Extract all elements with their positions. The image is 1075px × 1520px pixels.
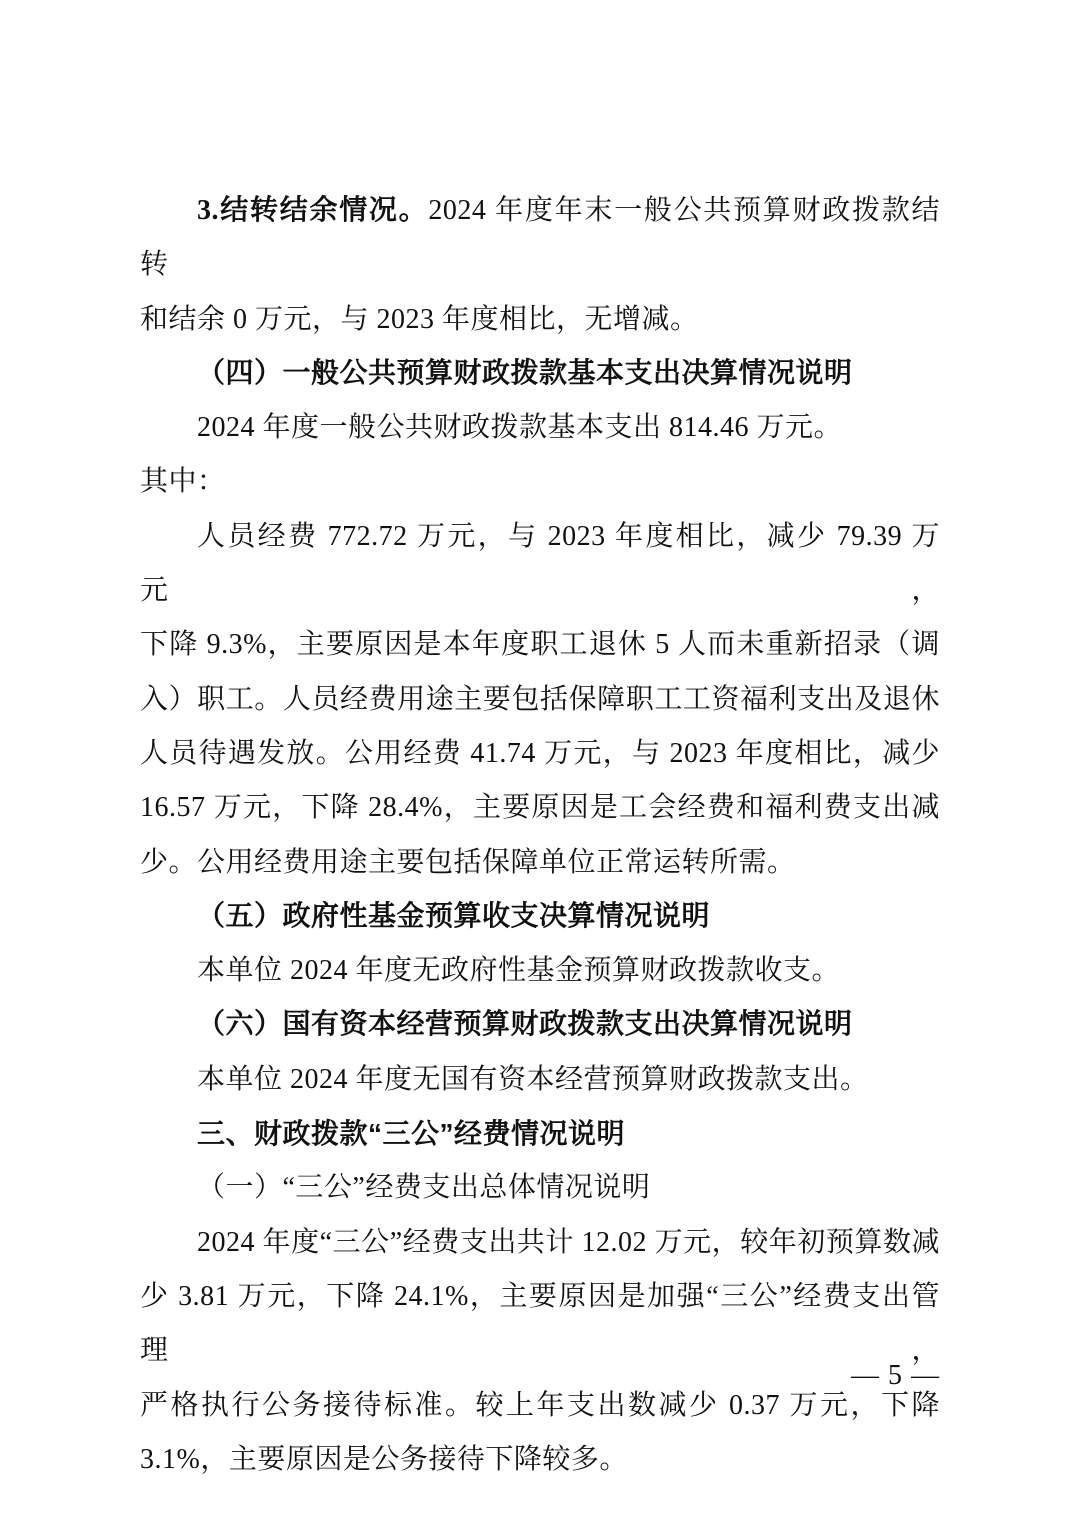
heading-section-5: （五）政府性基金预算收支决算情况说明: [140, 890, 940, 944]
para-carryover-line-2: 和结余 0 万元，与 2023 年度相比，无增减。: [140, 293, 940, 347]
para-basic-expenditure-line-2: 其中：: [140, 455, 940, 509]
para-personnel-line-6: 少。公用经费用途主要包括保障单位正常运转所需。: [140, 836, 940, 890]
para-personnel-line-5: 16.57 万元，下降 28.4%，主要原因是工会经费和福利费支出减: [140, 781, 940, 835]
para-three-public-line-1: 2024 年度“三公”经费支出共计 12.02 万元，较年初预算数减: [140, 1216, 940, 1270]
para-personnel-line-1: 人员经费 772.72 万元，与 2023 年度相比，减少 79.39 万元，: [140, 510, 940, 619]
heading-section-6: （六）国有资本经营预算财政拨款支出决算情况说明: [140, 998, 940, 1052]
para-three-public-line-3: 严格执行公务接待标准。较上年支出数减少 0.37 万元，下降: [140, 1379, 940, 1433]
para-state-capital: 本单位 2024 年度无国有资本经营预算财政拨款支出。: [140, 1053, 940, 1107]
heading-section-4: （四）一般公共预算财政拨款基本支出决算情况说明: [140, 347, 940, 401]
heading-three-public: 三、财政拨款“三公”经费情况说明: [140, 1107, 940, 1161]
para-personnel-line-4: 人员待遇发放。公用经费 41.74 万元，与 2023 年度相比，减少: [140, 727, 940, 781]
document-body: 3.结转结余情况。2024 年度年末一般公共预算财政拨款结转 和结余 0 万元，…: [140, 184, 940, 1487]
para-personnel-line-2: 下降 9.3%，主要原因是本年度职工退休 5 人而未重新招录（调: [140, 618, 940, 672]
para-three-public-line-2: 少 3.81 万元，下降 24.1%，主要原因是加强“三公”经费支出管理，: [140, 1270, 940, 1379]
para-gov-fund: 本单位 2024 年度无政府性基金预算财政拨款收支。: [140, 944, 940, 998]
para-carryover-line-1: 3.结转结余情况。2024 年度年末一般公共预算财政拨款结转: [140, 184, 940, 293]
para-three-public-line-4: 3.1%，主要原因是公务接待下降较多。: [140, 1433, 940, 1487]
heading-three-public-sub: （一）“三公”经费支出总体情况说明: [140, 1161, 940, 1215]
page-number: — 5 —: [851, 1356, 940, 1396]
document-page: 3.结转结余情况。2024 年度年末一般公共预算财政拨款结转 和结余 0 万元，…: [0, 0, 1075, 1520]
carryover-heading-run: 3.结转结余情况。: [197, 195, 428, 226]
para-basic-expenditure-line-1: 2024 年度一般公共财政拨款基本支出 814.46 万元。: [140, 401, 940, 455]
para-personnel-line-3: 入）职工。人员经费用途主要包括保障职工工资福利支出及退休: [140, 673, 940, 727]
